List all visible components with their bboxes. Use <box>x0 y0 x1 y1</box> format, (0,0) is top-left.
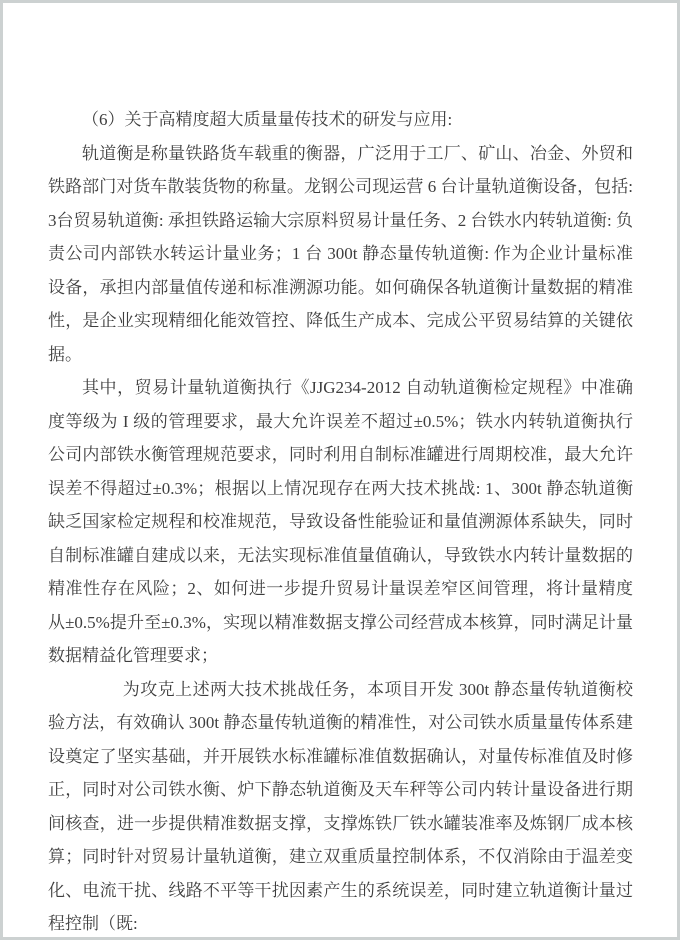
paragraph-project-solution: 为攻克上述两大技术挑战任务，本项目开发 300t 静态量传轨道衡校验方法，有效确… <box>48 673 633 940</box>
paragraph-technical-challenges: 其中，贸易计量轨道衡执行《JJG234-2012 自动轨道衡检定规程》中准确度等… <box>48 371 633 673</box>
paragraph-track-scale-intro: 轨道衡是称量铁路货车载重的衡器，广泛用于工厂、矿山、冶金、外贸和铁路部门对货车散… <box>48 137 633 372</box>
document-body: （6）关于高精度超大质量量传技术的研发与应用: 轨道衡是称量铁路货车载重的衡器，… <box>3 3 677 940</box>
section-heading: （6）关于高精度超大质量量传技术的研发与应用: <box>48 103 633 137</box>
document-page: （6）关于高精度超大质量量传技术的研发与应用: 轨道衡是称量铁路货车载重的衡器，… <box>0 0 680 940</box>
